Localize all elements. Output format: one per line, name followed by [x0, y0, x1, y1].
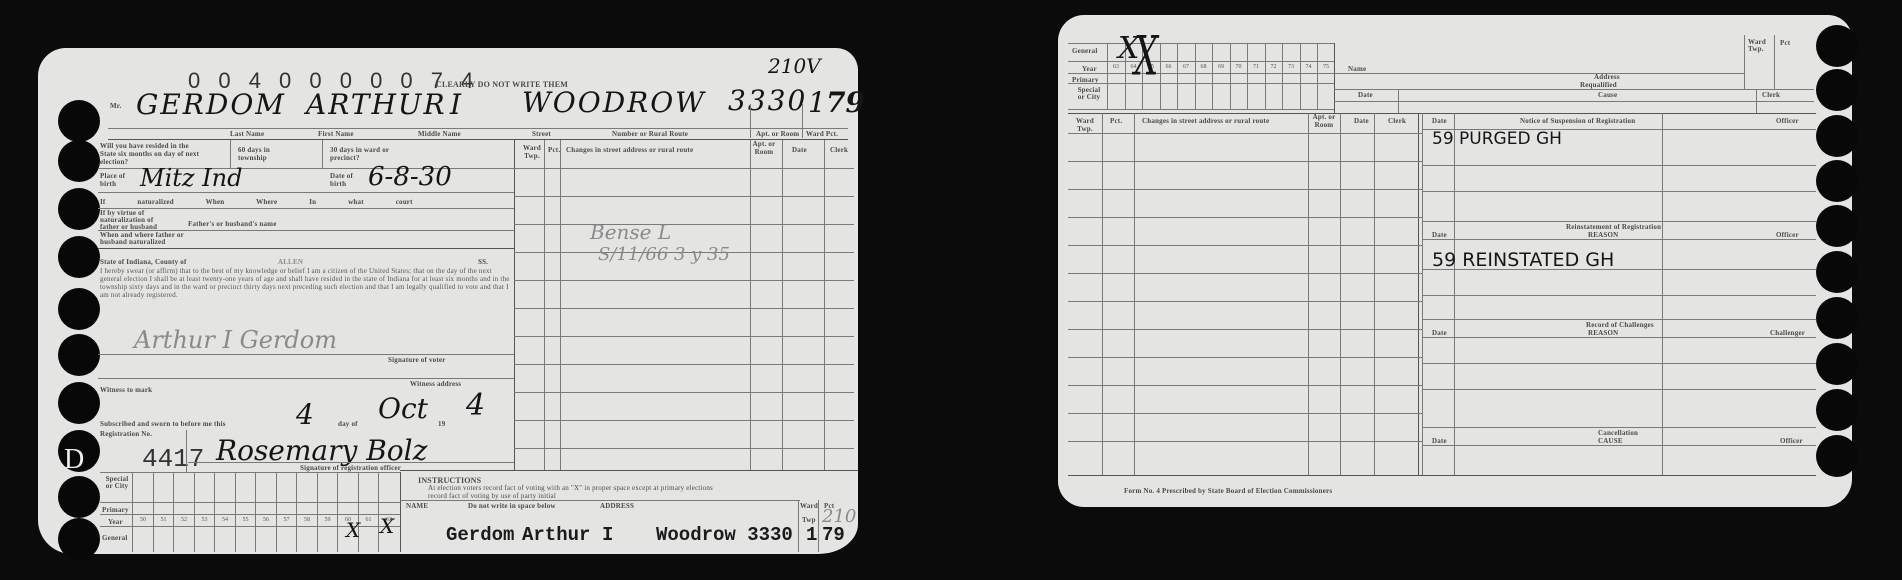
punch-hole [1816, 160, 1858, 202]
divider [1334, 101, 1814, 102]
punch-hole [1816, 69, 1858, 111]
sworn-month-value: Oct [378, 392, 428, 425]
punch-hole [58, 140, 100, 182]
punch-hole [1816, 115, 1858, 157]
divider [1422, 191, 1816, 192]
naturalized-label: If naturalized When Where In what court [100, 198, 480, 206]
divider [1068, 301, 1422, 302]
year-cell: 74 [1301, 64, 1317, 70]
divider [1247, 43, 1248, 109]
divider [188, 462, 514, 463]
divider [400, 500, 800, 501]
last-name-value: GERDOM [136, 88, 286, 121]
divider [400, 472, 401, 552]
divider [98, 354, 514, 355]
oath-text: I hereby swear (or affirm) that to the b… [100, 267, 510, 299]
divider [296, 472, 297, 552]
year-cell: 68 [1196, 64, 1212, 70]
reinstatement-stamp: 59 REINSTATED GH [1432, 249, 1614, 271]
divider [378, 472, 379, 552]
year-cell: 71 [1248, 64, 1264, 70]
divider [1454, 113, 1455, 475]
divider [98, 378, 514, 379]
divider [514, 308, 854, 309]
divider [1102, 113, 1103, 475]
year-cell: 59 [319, 517, 337, 523]
requalified-title: Requalified [1580, 81, 1617, 89]
corner-note: 210V [768, 54, 821, 78]
ward-value: 1 [808, 86, 826, 119]
divider [1282, 43, 1283, 109]
divider [1068, 245, 1422, 246]
year-cell: 52 [175, 517, 193, 523]
year-cell: 58 [298, 517, 316, 523]
oath-county-value: ALLEN [278, 258, 303, 266]
divider [1068, 113, 1816, 114]
divider [173, 472, 174, 552]
middle-initial-value: I [450, 88, 461, 121]
registration-card-front: 0 0 4 0 0 0 0 0 7 4 CLEARLY DO NOT WRITE… [38, 48, 858, 554]
requalified-cause-label: Cause [1598, 91, 1617, 99]
divider [1422, 337, 1816, 338]
row-general: General [1072, 47, 1098, 55]
divider [100, 472, 400, 473]
divider [1068, 133, 1422, 134]
cancellation-title: Cancellation [1598, 429, 1638, 437]
street-label: Street [532, 130, 551, 138]
divider [514, 392, 854, 393]
registration-letter: D [64, 444, 84, 476]
divider [1422, 269, 1816, 270]
registration-card-back: General Year Primary Special or City 636… [1058, 15, 1852, 507]
col-pct: Pct. [1110, 117, 1122, 125]
year-cell: 69 [1213, 64, 1229, 70]
days-ward-label: 30 days in ward or precinct? [330, 146, 400, 162]
name-label: NAME [406, 502, 428, 510]
divider [1068, 413, 1422, 414]
divider [98, 192, 514, 193]
divider [1422, 165, 1816, 166]
reinstatement-date-header: Date [1432, 231, 1447, 239]
divider [1422, 239, 1816, 240]
divider [337, 472, 338, 552]
divider [1756, 89, 1757, 113]
precinct-value: 79 [826, 86, 865, 119]
row-special-city: Special or City [1074, 87, 1104, 101]
registration-number: 4417 [142, 444, 204, 474]
divider [514, 448, 854, 449]
faded-entry-line2: S/11/66 3 y 35 [598, 244, 730, 265]
punch-hole [58, 476, 100, 518]
father-naturalization-label: If by virtue of naturalization of father… [100, 210, 170, 231]
reinstatement-reason-header: REASON [1588, 231, 1618, 239]
sworn-year-value: 4 [466, 388, 485, 423]
challenges-date-header: Date [1432, 329, 1447, 337]
divider [1774, 35, 1775, 89]
apt-label: Apt. or Room [756, 130, 799, 138]
year-cell: 75 [1318, 64, 1334, 70]
oath-ss: SS. [478, 258, 488, 266]
year-cell: 70 [1231, 64, 1247, 70]
divider [1160, 43, 1161, 109]
year-cell: 61 [360, 517, 378, 523]
reinstatement-title: Reinstatement of Registration [1566, 223, 1661, 231]
divider [1422, 363, 1816, 364]
typed-ward: 1 [806, 524, 817, 546]
row-year: Year [1082, 65, 1097, 73]
year-cell: 50 [134, 517, 152, 523]
punch-hole [58, 518, 100, 560]
signature-of-voter-label: Signature of voter [388, 356, 446, 364]
divider [1134, 113, 1135, 475]
witness-to-mark-label: Witness to mark [100, 386, 152, 394]
col-clerk: Clerk [830, 146, 848, 154]
date-of-birth-value: 6-8-30 [368, 162, 452, 192]
divider [1177, 43, 1178, 109]
divider [1422, 319, 1816, 320]
punch-hole [1816, 435, 1858, 477]
number-label: Number or Rural Route [612, 130, 688, 138]
divider [514, 280, 854, 281]
divider [255, 472, 256, 552]
divider [153, 472, 154, 552]
divider [1422, 113, 1423, 475]
divider [514, 364, 854, 365]
divider [514, 168, 854, 169]
divider [1068, 189, 1422, 190]
general-mark-60: X [346, 518, 360, 542]
date-of-birth-label: Date of birth [330, 172, 360, 188]
divider [750, 104, 751, 138]
house-number-value: 3330 [728, 84, 807, 117]
divider [1334, 73, 1744, 74]
typed-middle-initial: I [602, 524, 613, 546]
row-general: General [102, 534, 128, 542]
punch-hole [1816, 205, 1858, 247]
divider [1212, 43, 1213, 109]
typed-pct: 79 [822, 524, 845, 546]
instructions-text2: record fact of voting by use of party in… [428, 492, 556, 500]
suspension-date-header: Date [1432, 117, 1447, 125]
address-label: ADDRESS [600, 502, 634, 510]
challenges-title: Record of Challenges [1586, 321, 1654, 329]
col-apt: Apt. or Room [1310, 113, 1338, 129]
middle-name-label: Middle Name [418, 130, 461, 138]
divider [186, 430, 187, 472]
divider [1374, 113, 1375, 475]
divider [1422, 295, 1816, 296]
divider [1107, 43, 1108, 109]
divider [798, 500, 799, 552]
year-cell: 53 [196, 517, 214, 523]
year-cell: 66 [1161, 64, 1177, 70]
year-cell: 56 [257, 517, 275, 523]
ward-pct-label: Ward Pct. [806, 130, 838, 138]
col-date: Date [792, 146, 807, 154]
divider [1418, 113, 1419, 475]
divider [1340, 113, 1341, 475]
row-year: Year [108, 518, 123, 526]
typed-address: Woodrow 3330 [656, 524, 793, 546]
divider [1422, 427, 1816, 428]
divider [802, 104, 803, 138]
divider [132, 472, 133, 552]
twp-label: Twp [802, 516, 816, 524]
witness-address-label: Witness address [410, 380, 461, 388]
divider [194, 472, 195, 552]
reinstatement-officer-header: Officer [1776, 231, 1799, 239]
suspension-stamp: 59 PURGED GH [1432, 129, 1562, 149]
first-name-label: First Name [318, 130, 354, 138]
day-of-label: day of [338, 420, 358, 428]
punch-hole [58, 188, 100, 230]
days-township-label: 60 days in township [238, 146, 298, 162]
punch-hole [58, 288, 100, 330]
divider [100, 514, 400, 515]
divider [1308, 113, 1309, 475]
divider [1398, 89, 1399, 113]
registration-no-label: Registration No. [100, 430, 152, 438]
divider [1068, 109, 1334, 110]
divider [1422, 445, 1816, 446]
street-value: WOODROW [522, 86, 706, 119]
divider [1068, 357, 1422, 358]
place-of-birth-label: Place of birth [100, 172, 130, 188]
punch-hole [58, 100, 100, 142]
suspension-title: Notice of Suspension of Registration [1520, 117, 1635, 125]
divider [818, 500, 819, 552]
year-cell: 73 [1283, 64, 1299, 70]
divider [1068, 273, 1422, 274]
divider [1334, 43, 1335, 113]
place-of-birth-value: Mitz Ind [140, 164, 242, 192]
punch-hole [58, 382, 100, 424]
first-name-value: ARTHUR [306, 88, 447, 121]
divider [1744, 35, 1745, 89]
year-cell: 51 [155, 517, 173, 523]
requalified-ward-label: Ward Twp. [1748, 39, 1772, 53]
challenges-challenger-header: Challenger [1770, 329, 1805, 337]
year-cell: 54 [216, 517, 234, 523]
requalified-address-label: Address [1594, 73, 1620, 81]
divider [1195, 43, 1196, 109]
requalified-date-label: Date [1358, 91, 1373, 99]
last-name-label: Last Name [230, 130, 264, 138]
divider [1068, 161, 1422, 162]
divider [1230, 43, 1231, 109]
divider [514, 196, 854, 197]
year-prefix-label: 19 [438, 420, 445, 428]
typed-first-name: Arthur [522, 524, 590, 546]
form-footer: Form No. 4 Prescribed by State Board of … [1124, 487, 1332, 495]
col-clerk: Clerk [1388, 117, 1406, 125]
year-cell: 57 [278, 517, 296, 523]
row-special-city: Special or City [102, 476, 132, 490]
punch-hole [58, 236, 100, 278]
cancellation-officer-header: Officer [1780, 437, 1803, 445]
divider [514, 420, 854, 421]
faded-entry-line1: Bense L [590, 220, 671, 244]
punch-hole [1816, 297, 1858, 339]
year-cell: 72 [1266, 64, 1282, 70]
col-ward-twp: Ward Twp. [520, 144, 544, 160]
year-cell: 67 [1178, 64, 1194, 70]
divider [1265, 43, 1266, 109]
challenges-reason-header: REASON [1588, 329, 1618, 337]
general-mark-62: X [380, 514, 394, 538]
fathers-name-label: Father's or husband's name [188, 220, 277, 228]
divider [1068, 217, 1422, 218]
divider [1068, 385, 1422, 386]
divider [98, 248, 514, 249]
divider [1068, 475, 1816, 476]
divider [322, 140, 323, 168]
mr-label: Mr. [110, 102, 121, 110]
col-changes: Changes in street address or rural route [566, 146, 693, 154]
punch-hole [1816, 25, 1858, 67]
divider [514, 336, 854, 337]
subscribed-label: Subscribed and sworn to before me this [100, 420, 226, 428]
requalified-name-label: Name [1348, 65, 1366, 73]
divider [1662, 113, 1663, 475]
divider [1422, 221, 1816, 222]
punch-hole [58, 334, 100, 376]
divider [1334, 89, 1814, 90]
col-ward-twp: Ward Twp. [1072, 117, 1098, 133]
col-apt: Apt. or Room [750, 140, 778, 156]
divider [214, 472, 215, 552]
divider [400, 470, 858, 471]
typed-last-name: Gerdom [446, 524, 514, 546]
signature-officer-label: Signature of registration officer [300, 464, 401, 472]
row-primary: Primary [102, 506, 129, 514]
divider [1300, 43, 1301, 109]
voter-signature: Arthur I Gerdom [134, 326, 337, 354]
resided-state-label: Will you have resided in the State six m… [100, 142, 200, 166]
divider [1317, 43, 1318, 109]
punch-hole [1816, 343, 1858, 385]
divider [1068, 441, 1422, 442]
divider [235, 472, 236, 552]
cancellation-cause-header: CAUSE [1598, 437, 1623, 445]
divider [514, 224, 854, 225]
general-mark-64: X [1134, 25, 1158, 89]
cancellation-date-header: Date [1432, 437, 1447, 445]
instructions-text1: At election voters record fact of voting… [428, 484, 713, 492]
suspension-officer-header: Officer [1776, 117, 1799, 125]
ward-label: Ward [800, 502, 818, 510]
col-pct: Pct. [548, 146, 560, 154]
col-date: Date [1354, 117, 1369, 125]
requalified-clerk-label: Clerk [1762, 91, 1780, 99]
divider [317, 472, 318, 552]
punch-hole [1816, 251, 1858, 293]
divider [100, 502, 400, 503]
year-cell: 55 [237, 517, 255, 523]
requalified-pct-label: Pct [1780, 39, 1790, 47]
do-not-write-label: Do not write in space below [468, 502, 556, 510]
oath-state-county: State of Indiana, County of [100, 258, 187, 266]
divider [98, 208, 514, 209]
divider [1068, 329, 1422, 330]
divider [108, 139, 848, 140]
col-changes: Changes in street address or rural route [1142, 117, 1269, 125]
punch-hole [1816, 389, 1858, 431]
divider [276, 472, 277, 552]
when-where-naturalized-label: When and where father or husband natural… [100, 232, 190, 246]
divider [1422, 389, 1816, 390]
sworn-day-value: 4 [296, 398, 314, 431]
divider [108, 128, 848, 129]
